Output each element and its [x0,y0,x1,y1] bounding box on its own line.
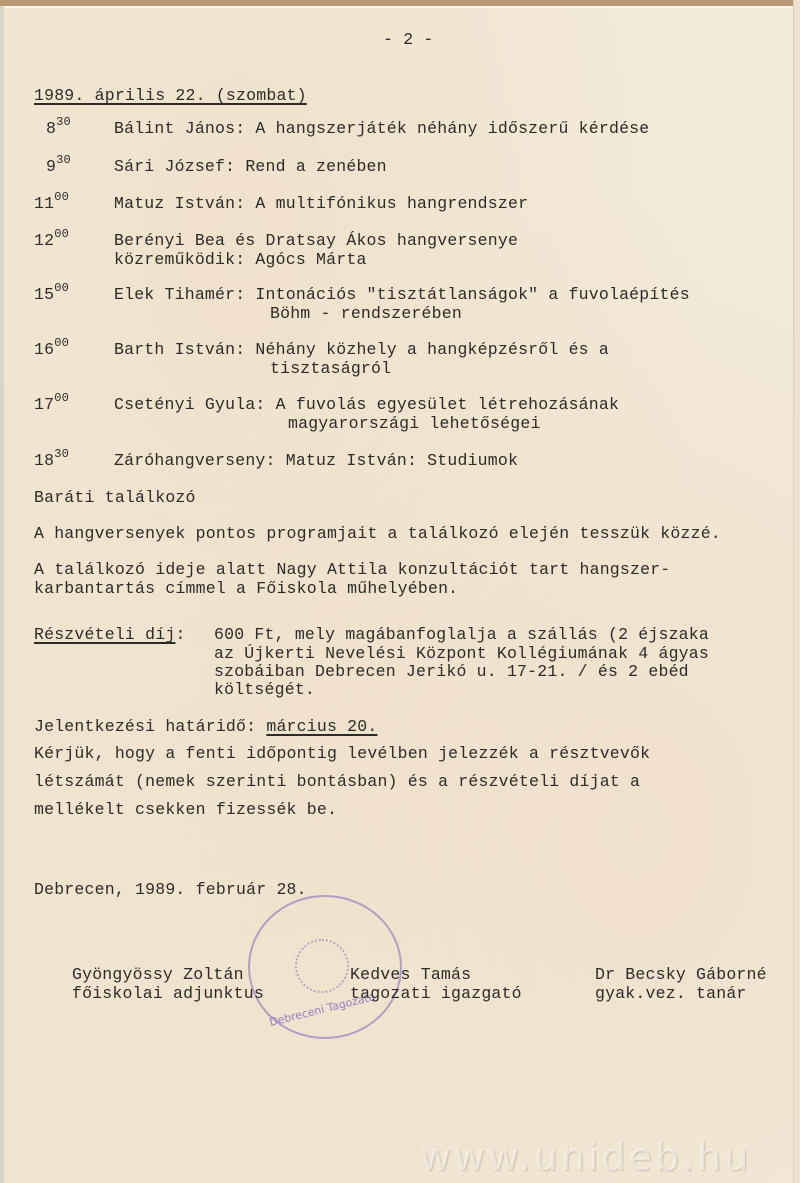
fee-line: szobáiban Debrecen Jerikó u. 17-21. / és… [214,662,689,682]
consultation-line: A találkozó ideje alatt Nagy Attila konz… [34,560,670,580]
friendly-meeting: Baráti találkozó [34,488,196,508]
schedule-time: 1100 [34,194,69,215]
schedule-time: 1200 [34,231,69,252]
schedule-entry: Záróhangverseny: Matuz István: Studiumok [114,451,518,471]
fee-label: Részvételi díj: [34,625,186,645]
schedule-entry: Sári József: Rend a zenében [114,157,387,177]
schedule-time: 1830 [34,451,69,472]
date-heading: 1989. április 22. (szombat) [34,86,307,106]
consultation-line: karbantartás címmel a Főiskola műhelyébe… [34,579,458,599]
fee-line: költségét. [214,680,315,700]
schedule-entry-cont: tisztaságról [270,359,391,379]
fee-line: 600 Ft, mely magábanfoglalja a szállás (… [214,625,709,645]
request-line: mellékelt csekken fizessék be. [34,800,337,820]
schedule-time: 830 [46,119,71,140]
schedule-time: 1600 [34,340,69,361]
signatory-title: főiskolai adjunktus [72,984,264,1004]
signatory-title: gyak.vez. tanár [595,984,747,1004]
signatory-name: Gyöngyössy Zoltán [72,965,244,985]
schedule-entry: Bálint János: A hangszerjáték néhány idő… [114,119,649,139]
signatory-name: Kedves Tamás [350,965,471,985]
schedule-time: 1500 [34,285,69,306]
schedule-entry: Csetényi Gyula: A fuvolás egyesület létr… [114,395,619,415]
fee-line: az Újkerti Nevelési Központ Kollégiumána… [214,644,709,664]
schedule-entry-cont: magyarországi lehetőségei [288,414,541,434]
schedule-entry: Matuz István: A multifónikus hangrendsze… [114,194,528,214]
scan-right-edge [793,0,800,1183]
schedule-entry-cont: Böhm - rendszerében [270,304,462,324]
request-line: létszámát (nemek szerinti bontásban) és … [34,772,640,792]
request-line: Kérjük, hogy a fenti időpontig levélben … [34,744,650,764]
schedule-entry: Berényi Bea és Dratsay Ákos hangversenye [114,231,518,251]
signatory-name: Dr Becsky Gáborné [595,965,767,985]
schedule-entry: Barth István: Néhány közhely a hangképzé… [114,340,609,360]
schedule-entry-cont: közreműködik: Agócs Márta [114,250,367,270]
place-date: Debrecen, 1989. február 28. [34,880,307,900]
signatory-title: tagozati igazgató [350,984,522,1004]
schedule-time: 930 [46,157,71,178]
watermark: www.unideb.hu [420,1135,751,1179]
page-number: - 2 - [383,30,434,50]
schedule-entry: Elek Tihamér: Intonációs "tisztátlanságo… [114,285,690,305]
scan-top-edge [0,0,800,6]
concert-note: A hangversenyek pontos programjait a tal… [34,524,721,544]
stamp-emblem-icon [295,939,349,993]
deadline: Jelentkezési határidő: március 20. [34,717,377,737]
schedule-time: 1700 [34,395,69,416]
